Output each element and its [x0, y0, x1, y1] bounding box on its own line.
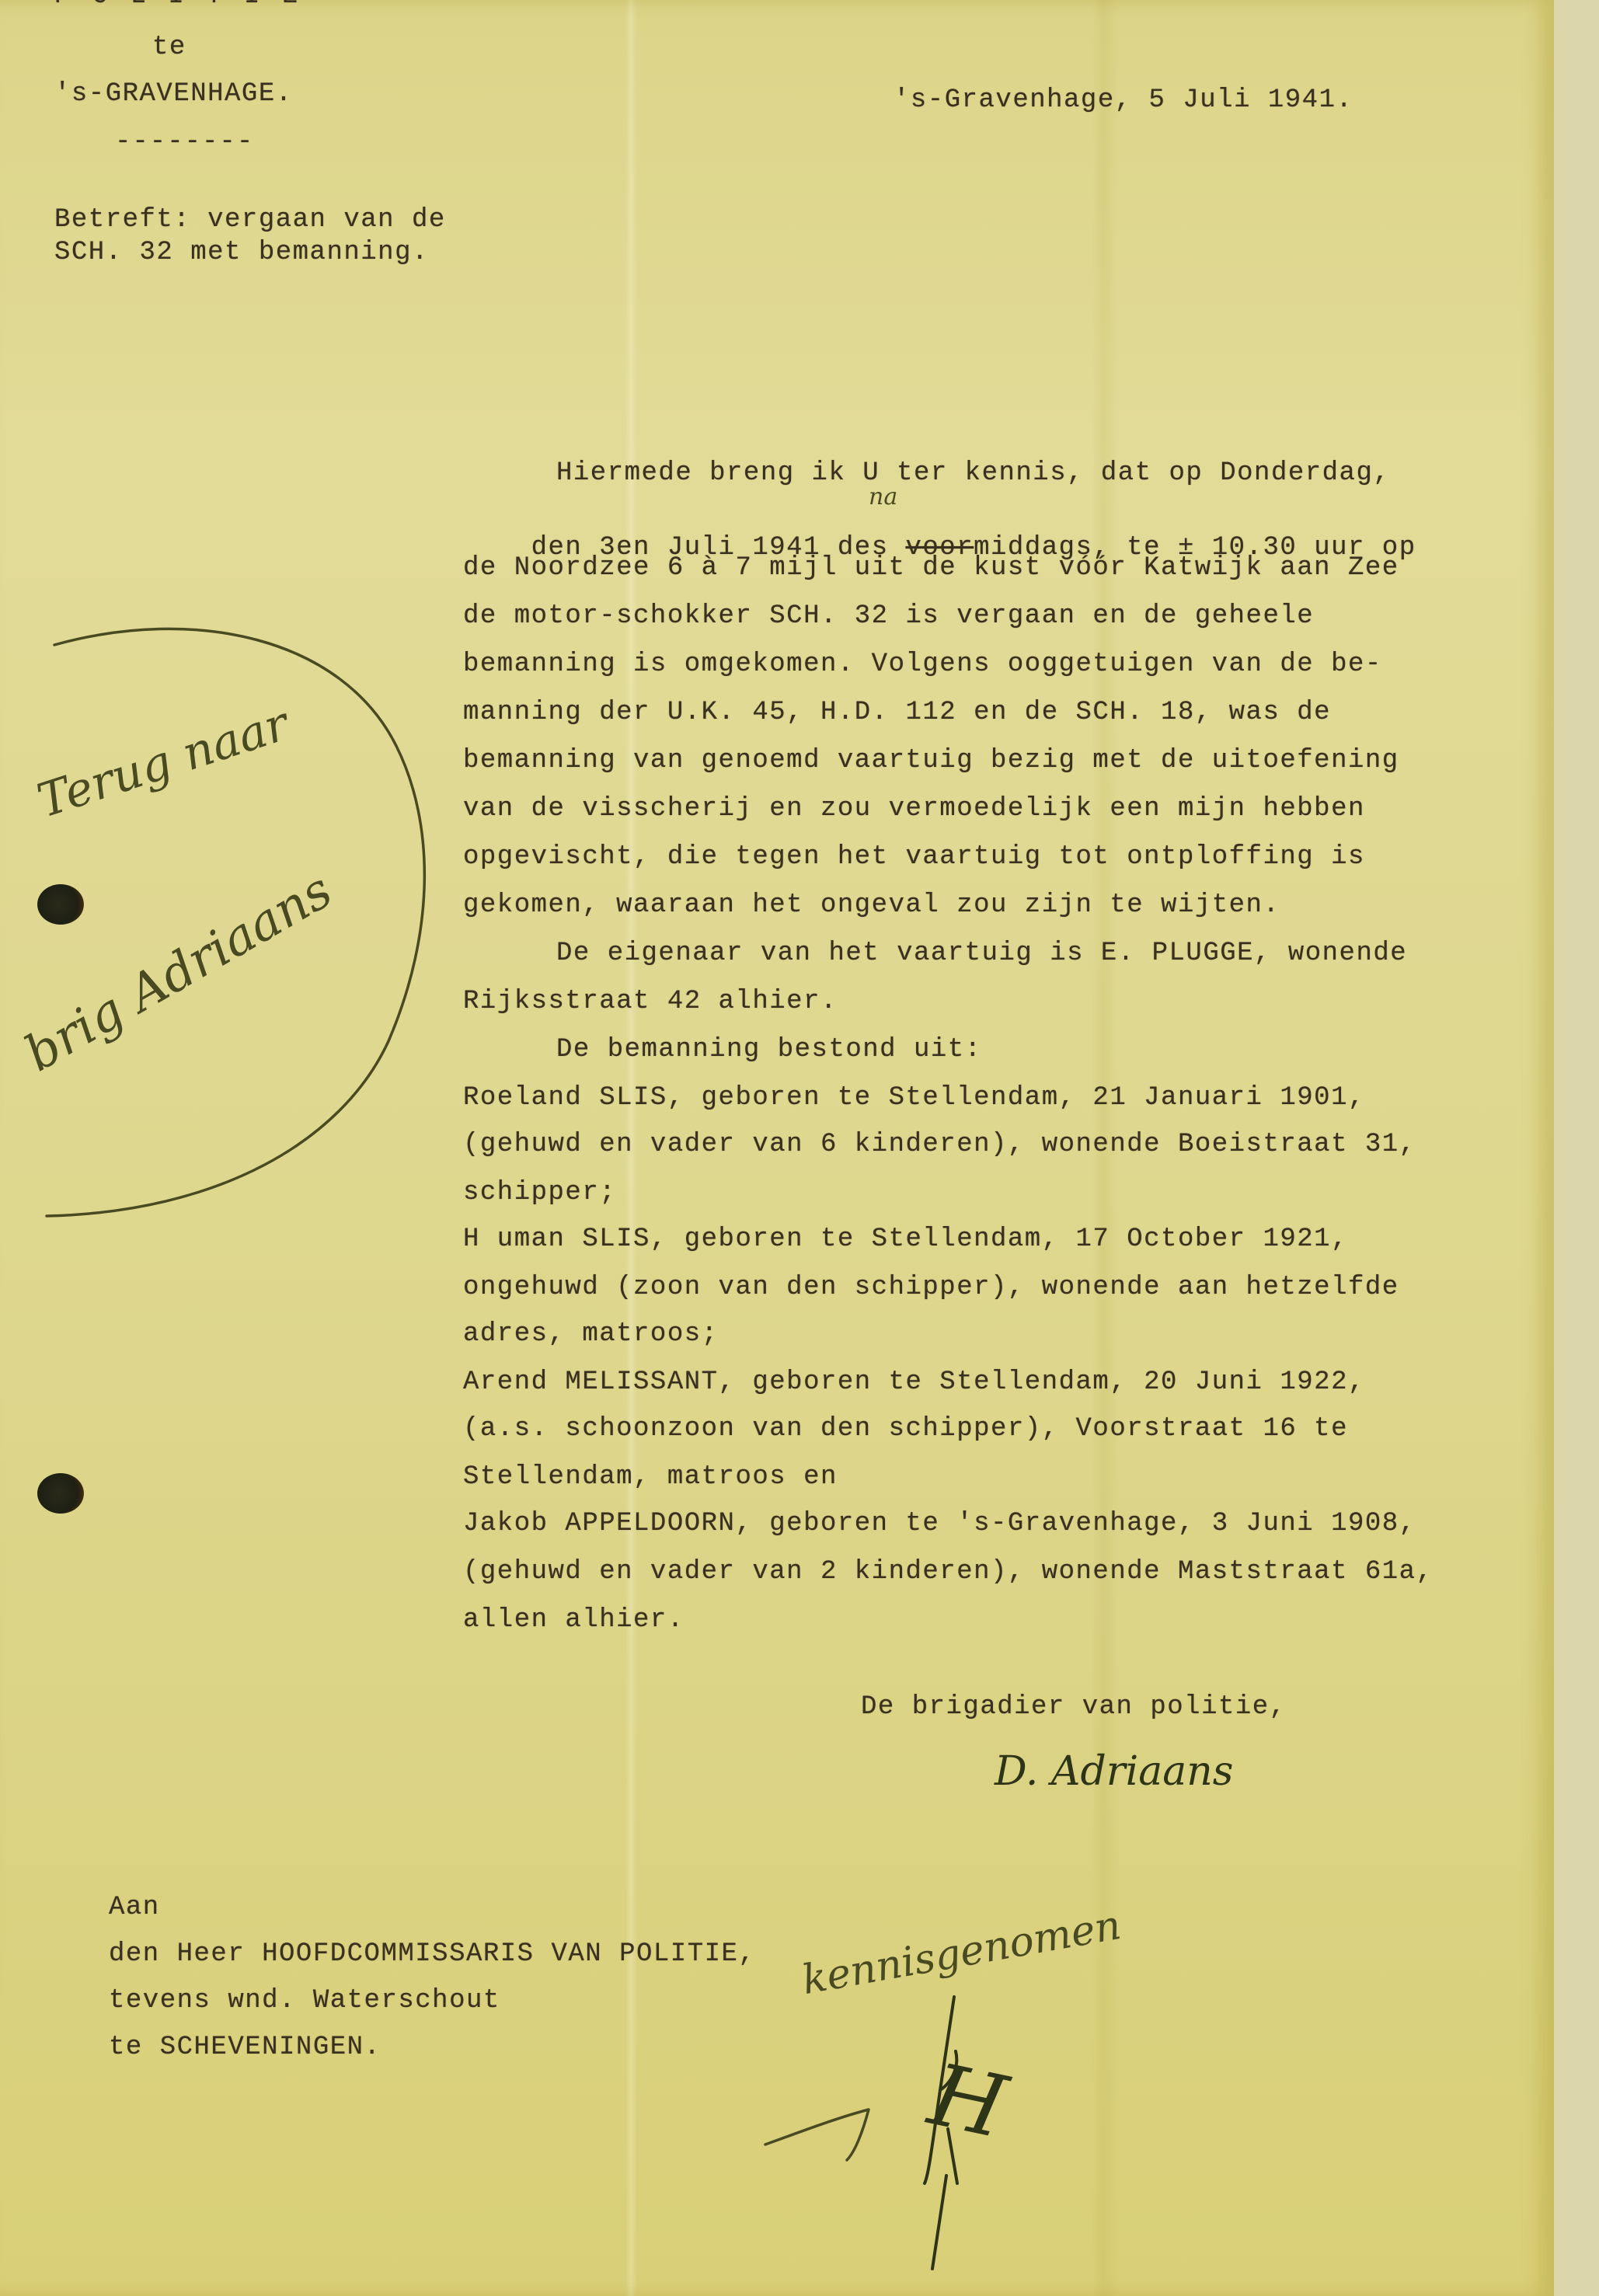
- arrow-icon: [765, 2110, 869, 2160]
- letter-page: P O L I T I E te 's-GRAVENHAGE. --------…: [0, 0, 1554, 2296]
- scan-background-strip: [1554, 0, 1599, 2296]
- pencil-annotations: [0, 0, 1554, 2296]
